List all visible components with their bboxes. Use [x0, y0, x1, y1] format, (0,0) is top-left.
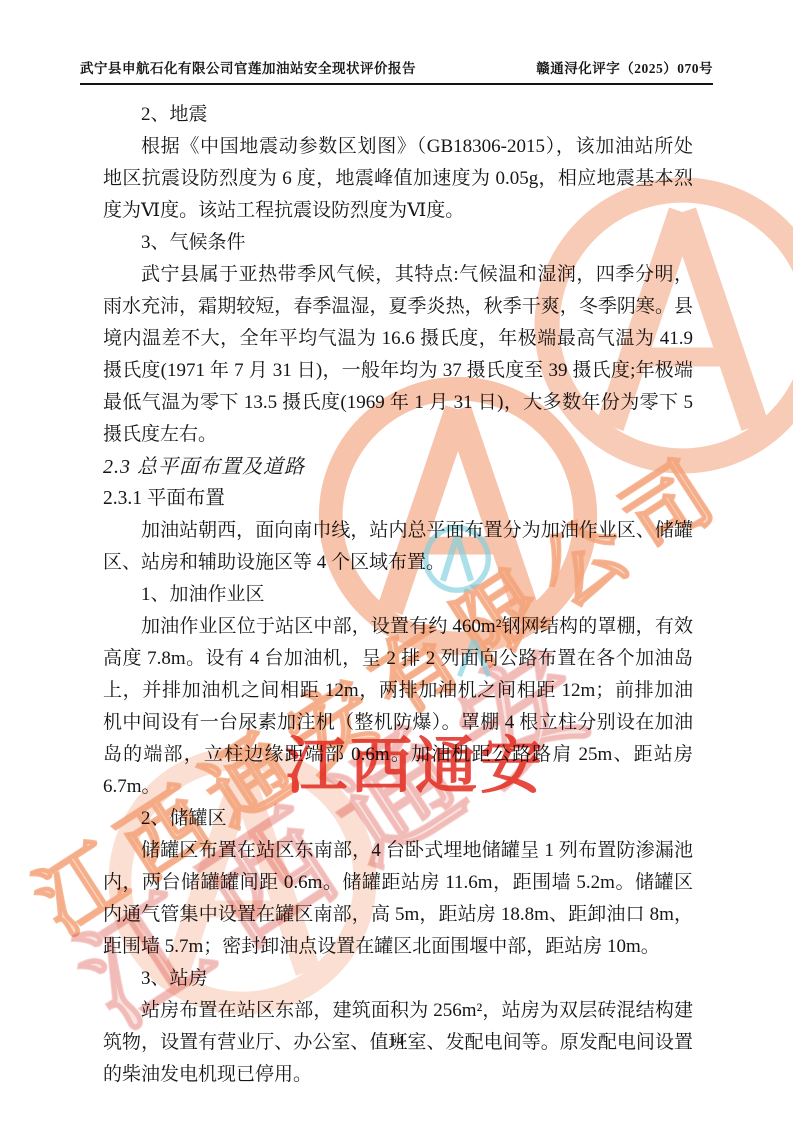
paragraph-earthquake: 根据《中国地震动参数区划图》（GB18306-2015），该加油站所处地区抗震设… [103, 131, 693, 227]
paragraph-refueling-area: 加油作业区位于站区中部，设置有约 460m²钢网结构的罩棚，有效高度 7.8m。… [103, 611, 693, 803]
header-report-title: 武宁县申航石化有限公司官莲加油站安全现状评价报告 [80, 57, 416, 77]
subheading-refueling-area: 1、加油作业区 [103, 579, 693, 611]
heading-climate: 3、气候条件 [103, 227, 693, 259]
heading-section-2-3: 2.3 总平面布置及道路 [103, 451, 693, 483]
heading-section-2-3-1: 2.3.1 平面布置 [103, 483, 693, 515]
subheading-station-house: 3、站房 [103, 963, 693, 995]
subheading-tank-area: 2、储罐区 [103, 803, 693, 835]
paragraph-climate: 武宁县属于亚热带季风气候，其特点:气候温和湿润，四季分明，雨水充沛，霜期较短，春… [103, 259, 693, 451]
paragraph-layout-overview: 加油站朝西，面向南巾线，站内总平面布置分为加油作业区、储罐区、站房和辅助设施区等… [103, 515, 693, 579]
document-page: 武宁县申航石化有限公司官莲加油站安全现状评价报告 赣通浔化评字（2025）070… [0, 0, 793, 1122]
heading-earthquake: 2、地震 [103, 99, 693, 131]
header-doc-number: 赣通浔化评字（2025）070号 [536, 57, 713, 77]
page-number: 14 [0, 1034, 793, 1050]
page-header: 武宁县申航石化有限公司官莲加油站安全现状评价报告 赣通浔化评字（2025）070… [80, 0, 713, 85]
paragraph-tank-area: 储罐区布置在站区东南部，4 台卧式埋地储罐呈 1 列布置防渗漏池内，两台储罐罐间… [103, 835, 693, 963]
document-body: 2、地震 根据《中国地震动参数区划图》（GB18306-2015），该加油站所处… [103, 99, 693, 1091]
